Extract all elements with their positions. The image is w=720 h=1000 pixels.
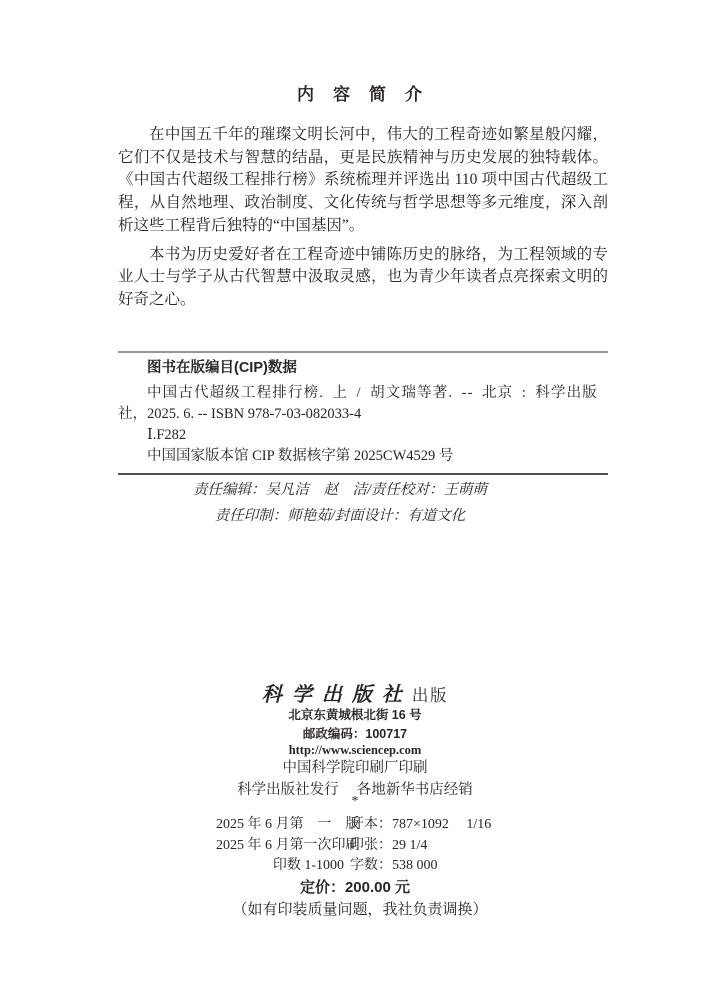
edition-date: 2025 年 6 月第 一 版 [216,815,350,836]
printrun-row: 印数 1-1000 字数：538 000 [216,856,491,877]
print-run-info: 2025 年 6 月第 一 版 开本：787×1092 1/16 2025 年 … [216,815,491,877]
copyright-page: 内 容 简 介 在中国五千年的璀璨文明长河中，伟大的工程奇迹如繁星般闪耀，它们不… [0,0,720,1000]
summary-paragraph: 在中国五千年的璀璨文明长河中，伟大的工程奇迹如繁星般闪耀，它们不仅是技术与智慧的… [118,124,608,238]
publisher-postal-code: 邮政编码：100717 [0,724,710,742]
cip-section: 图书在版编目(CIP)数据 中国古代超级工程排行榜. 上 / 胡文瑞等著. --… [118,358,612,467]
staff-credits: 责任编辑：吴凡洁 赵 洁/责任校对：王萌萌 责任印制：师艳茹/封面设计：有道文化 [0,478,680,529]
sheet-count: 印张：29 1/4 [350,836,427,857]
printer-line: 中国科学院印刷厂印刷 [0,756,710,777]
summary-paragraph: 本书为历史爱好者在工程奇迹中铺陈历史的脉络，为工程领域的专业人士与学子从古代智慧… [118,244,608,312]
editor-credit-line: 责任编辑：吴凡洁 赵 洁/责任校对：王萌萌 [0,478,680,504]
publisher-suffix: 出版 [412,686,448,705]
content-summary-body: 在中国五千年的璀璨文明长河中，伟大的工程奇迹如繁星般闪耀，它们不仅是技术与智慧的… [118,124,608,312]
printrun-row: 2025 年 6 月第 一 版 开本：787×1092 1/16 [216,815,491,836]
cip-registry-line: 中国国家版本馆 CIP 数据核字第 2025CW4529 号 [118,446,612,467]
printing-date: 2025 年 6 月第一次印刷 [216,836,350,857]
divider-line-bottom [118,473,608,475]
format-size: 开本：787×1092 1/16 [350,815,491,836]
copy-count: 印数 1-1000 [216,856,350,877]
publisher-logo-text: 科学出版社 [262,684,412,706]
publisher-address: 北京东黄城根北街 16 号 [0,705,710,723]
print-design-credit-line: 责任印制：师艳茹/封面设计：有道文化 [0,504,680,530]
cip-header: 图书在版编目(CIP)数据 [118,358,612,379]
divider-line-top [118,351,608,353]
cip-isbn-line: 社，2025. 6. -- ISBN 978-7-03-082033-4 [118,404,612,425]
cip-title-line: 中国古代超级工程排行榜. 上 / 胡文瑞等著. -- 北京 : 科学出版 [118,383,612,404]
publisher-name-row: 科学出版社出版 [0,678,710,707]
price-line: 定价：200.00 元 [0,876,710,897]
printrun-row: 2025 年 6 月第一次印刷 印张：29 1/4 [216,836,491,857]
content-summary-title: 内 容 简 介 [0,84,720,106]
word-count: 字数：538 000 [350,856,438,877]
quality-note: （如有印装质量问题，我社负责调换） [0,898,720,919]
cip-classification-line: Ⅰ.F282 [118,425,612,446]
separator-star: * [0,794,710,810]
